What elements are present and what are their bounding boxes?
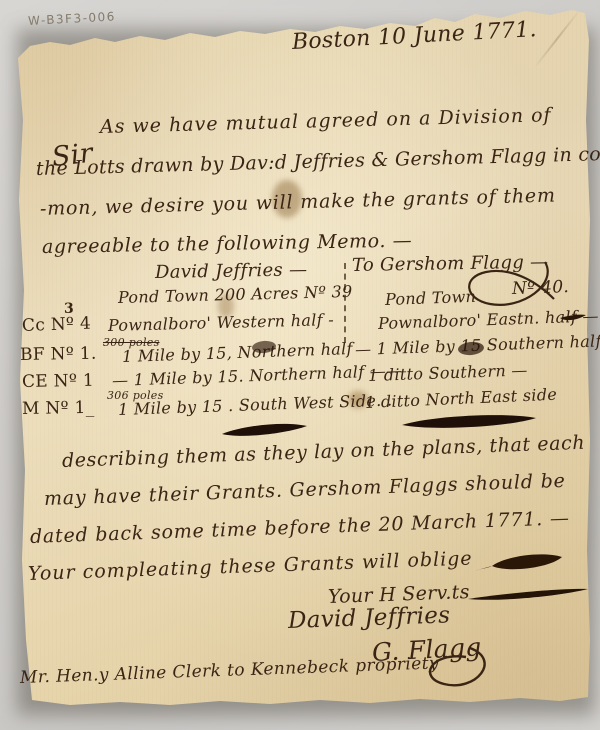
- memo-row-right: Pond Town: [385, 287, 477, 309]
- memo-row-label: M Nº 1_: [22, 398, 95, 419]
- memo-row-label: BF Nº 1.: [20, 344, 97, 365]
- memo-row-correction: 3: [64, 301, 74, 317]
- document-scan: W-B3F3-006 Boston 10 June 1771. Sir As w…: [0, 0, 600, 730]
- memo-row-label: Cc Nº 4: [22, 314, 92, 336]
- memo-column-divider: [344, 263, 346, 343]
- memo-row-label: CE Nº 1: [22, 371, 94, 392]
- memo-right-header: To Gershom Flagg —: [352, 252, 549, 276]
- memo-row-right-lot: Nº 40.: [512, 277, 570, 299]
- archive-code: W-B3F3-006: [28, 9, 117, 28]
- memo-left-header: David Jeffries —: [155, 259, 308, 283]
